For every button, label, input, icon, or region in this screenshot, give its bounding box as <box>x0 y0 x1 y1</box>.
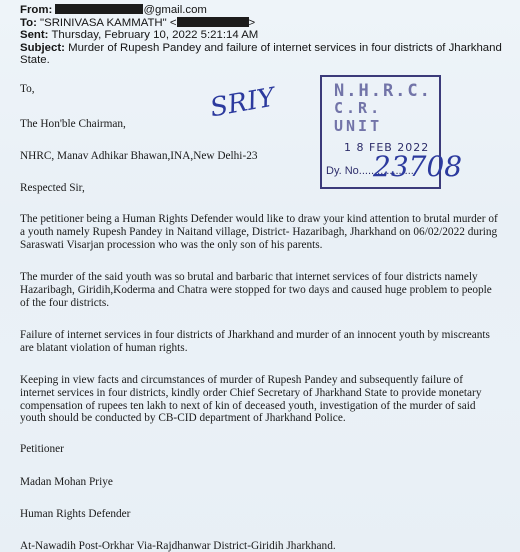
paragraph: Failure of internet services in four dis… <box>20 329 500 355</box>
paragraph: Keeping in view facts and circumstances … <box>20 374 500 425</box>
to-name: "SRINIVASA KAMMATH" < <box>40 17 176 29</box>
signer-address: At-Nawadih Post-Orkhar Via-Rajdhanwar Di… <box>20 540 500 552</box>
handwritten-diary-number: 23708 <box>373 150 462 183</box>
from-label: From: <box>20 4 52 16</box>
stamp-line2: C.R. UNIT <box>334 99 439 135</box>
sent-value: Thursday, February 10, 2022 5:21:14 AM <box>51 29 258 41</box>
diary-label: Dy. No. <box>326 165 362 177</box>
subject-value: Murder of Rupesh Pandey and failure of i… <box>20 42 502 67</box>
closing-role: Petitioner <box>20 443 500 456</box>
from-address-suffix: @gmail.com <box>143 4 206 16</box>
to-line: To: "SRINIVASA KAMMATH" <> <box>20 17 510 30</box>
to-label: To: <box>20 17 37 29</box>
redaction-bar <box>177 17 249 27</box>
email-header: From: @gmail.com To: "SRINIVASA KAMMATH"… <box>20 4 510 67</box>
paragraph: The murder of the said youth was so brut… <box>20 271 500 309</box>
sent-line: Sent: Thursday, February 10, 2022 5:21:1… <box>20 29 510 42</box>
from-line: From: @gmail.com <box>20 4 510 17</box>
sent-label: Sent: <box>20 29 48 41</box>
paragraph: The petitioner being a Human Rights Defe… <box>20 213 500 251</box>
redaction-bar <box>55 4 143 14</box>
signer-name: Madan Mohan Priye <box>20 476 500 489</box>
signer-title: Human Rights Defender <box>20 508 500 521</box>
subject-line: Subject: Murder of Rupesh Pandey and fai… <box>20 42 510 67</box>
subject-label: Subject: <box>20 42 65 54</box>
stamp-line1: N.H.R.C. <box>334 81 432 101</box>
to-bracket: > <box>249 17 256 29</box>
